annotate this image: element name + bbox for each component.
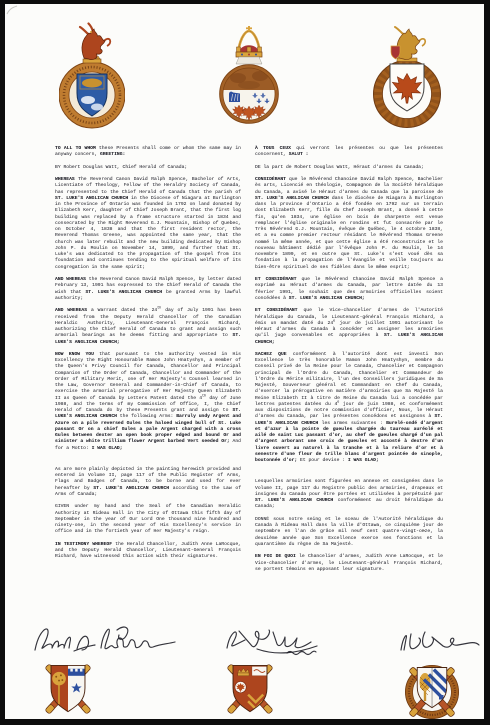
gold-lion-charge (82, 79, 102, 88)
paragraph: IN TESTIMONY WHEREOF the Herald Chancell… (55, 542, 241, 561)
paragraph: DONNÉ sous notre seing et le sceau de l'… (255, 517, 443, 548)
gold-crown-icon (238, 668, 249, 676)
chief-herald-badge (215, 656, 285, 722)
english-text-column: TO ALL TO WHOM these Presents shall come… (55, 146, 241, 567)
paragraph: GIVEN under my hand and the Seal of the … (55, 504, 241, 535)
paragraph: ET CONSIDÉRANT que le Vice-chancelier d'… (255, 308, 443, 346)
paragraph: CONSIDÉRANT que le Révérend Chanoine Dav… (255, 177, 443, 271)
signature-note-canada (287, 651, 316, 654)
paragraph: À TOUS CEUX qui verront les présentes ou… (255, 146, 443, 159)
scan-corner-mark (5, 4, 19, 16)
gold-lion-crest-icon (391, 27, 425, 62)
scan-frame: TO ALL TO WHOM these Presents shall come… (0, 0, 490, 725)
scan-speck (422, 530, 425, 531)
white-lion-charge (81, 96, 95, 104)
crown-seal-emblem (217, 24, 281, 130)
royal-crown-icon (236, 26, 262, 64)
paragraph: DE la part de Robert Douglas Watt, Hérau… (255, 165, 443, 171)
paragraph: As are more plainly depicted in the pain… (55, 467, 241, 498)
maple-leaf-shield-emblem (371, 24, 443, 130)
gold-tree-icon (58, 682, 60, 704)
deputy-herald-chancellor-badge (399, 652, 465, 724)
paragraph: EN FOI DE QUOI le Chancelier d'armes, Ju… (255, 554, 443, 573)
paragraph: WHEREAS The Reverend Canon David Ralph S… (55, 177, 241, 271)
paragraph: Lesquelles armoiries sont figurées en an… (255, 479, 443, 510)
paragraph: TO ALL TO WHOM these Presents shall come… (55, 146, 241, 159)
letters-patent-page: TO ALL TO WHOM these Presents shall come… (5, 4, 484, 719)
paragraph: NOW KNOW YOU that pursuant to the author… (55, 352, 241, 452)
french-text-column: À TOUS CEUX qui verront les présentes ou… (255, 146, 443, 579)
herald-chancellor-badge (33, 656, 103, 722)
paragraph: AND WHEREAS a Warrant dated the 24th day… (55, 308, 241, 346)
lion-crest-seal-emblem (59, 22, 125, 130)
paragraph: AND WHEREAS the Reverend Canon David Ral… (55, 277, 241, 302)
red-lion-crest-icon (80, 24, 110, 64)
paragraph: ET CONSIDÉRANT que le Révérend Chanoine … (255, 277, 443, 302)
paragraph: BY Robert Douglas Watt, Chief Herald of … (55, 165, 241, 171)
paragraph: SACHEZ QUE conformément à l'autorité don… (255, 352, 443, 465)
